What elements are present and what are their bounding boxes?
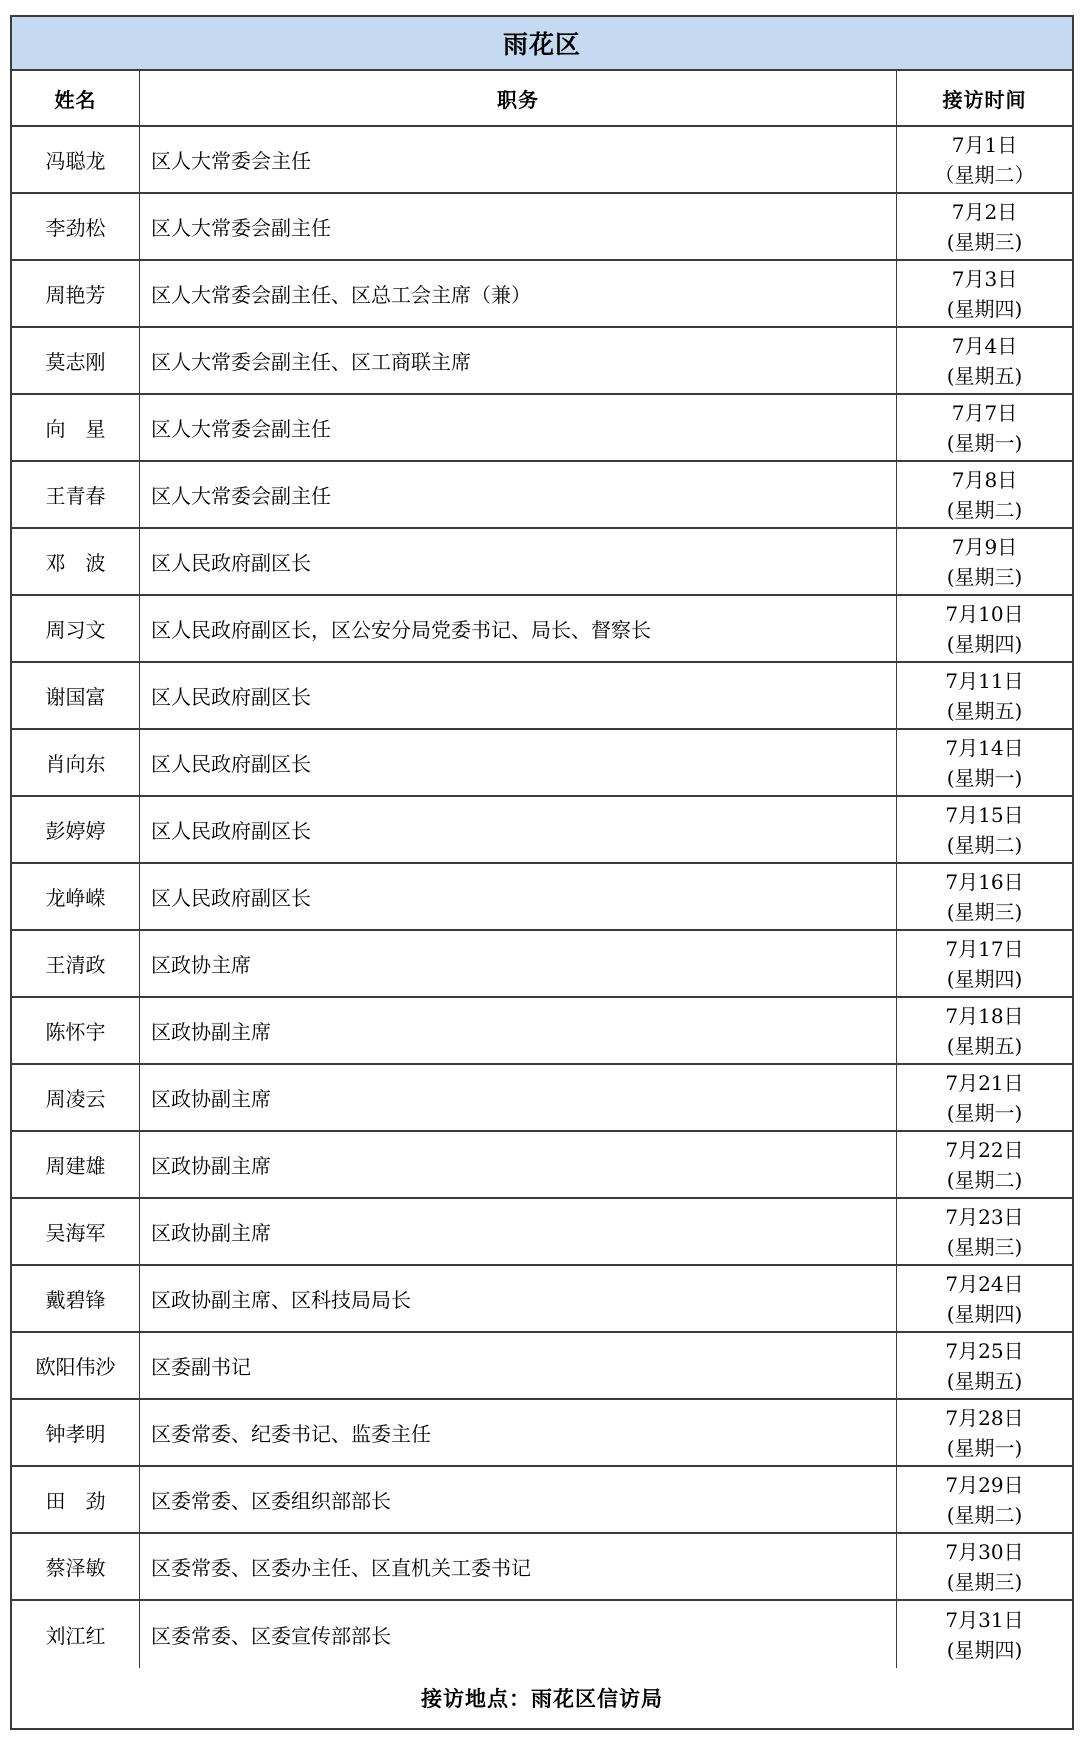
table-row: 谢国富 区人民政府副区长 7月11日 (星期五) bbox=[12, 663, 1072, 730]
official-position: 区委常委、纪委书记、监委主任 bbox=[140, 1400, 897, 1465]
table-row: 周艳芳 区人大常委会副主任、区总工会主席（兼） 7月3日 (星期四) bbox=[12, 261, 1072, 328]
table-row: 欧阳伟沙 区委副书记 7月25日 (星期五) bbox=[12, 1333, 1072, 1400]
district-title: 雨花区 bbox=[503, 25, 581, 61]
reception-date-weekday: (星期四) bbox=[947, 1299, 1023, 1329]
reception-date-weekday: (星期五) bbox=[947, 696, 1023, 726]
reception-date-day: 7月18日 bbox=[945, 1001, 1023, 1031]
table-row: 周习文 区人民政府副区长，区公安分局党委书记、局长、督察长 7月10日 (星期四… bbox=[12, 596, 1072, 663]
table-row: 刘江红 区委常委、区委宣传部部长 7月31日 (星期四) bbox=[12, 1601, 1072, 1668]
reception-date-day: 7月14日 bbox=[945, 733, 1023, 763]
table-row: 陈怀宇 区政协副主席 7月18日 (星期五) bbox=[12, 998, 1072, 1065]
reception-date-day: 7月25日 bbox=[945, 1336, 1023, 1366]
official-position: 区政协副主席 bbox=[140, 998, 897, 1063]
reception-date: 7月4日 (星期五) bbox=[897, 328, 1072, 393]
reception-date: 7月14日 (星期一) bbox=[897, 730, 1072, 795]
reception-date-weekday: (星期二) bbox=[947, 495, 1023, 525]
official-position: 区人民政府副区长 bbox=[140, 663, 897, 728]
reception-date-weekday: (星期三) bbox=[947, 1567, 1023, 1597]
official-name: 陈怀宇 bbox=[12, 998, 140, 1063]
table-row: 周凌云 区政协副主席 7月21日 (星期一) bbox=[12, 1065, 1072, 1132]
official-position: 区人大常委会主任 bbox=[140, 127, 897, 192]
reception-date-day: 7月9日 bbox=[952, 532, 1017, 562]
table-row: 田 劲 区委常委、区委组织部部长 7月29日 (星期二) bbox=[12, 1467, 1072, 1534]
official-position: 区人民政府副区长 bbox=[140, 864, 897, 929]
reception-schedule-table: 雨花区 姓名 职务 接访时间 冯聪龙 区人大常委会主任 7月1日 （星期二） 李… bbox=[10, 15, 1074, 1730]
reception-date: 7月1日 （星期二） bbox=[897, 127, 1072, 192]
official-position: 区人民政府副区长 bbox=[140, 797, 897, 862]
official-position: 区委副书记 bbox=[140, 1333, 897, 1398]
reception-date: 7月22日 (星期二) bbox=[897, 1132, 1072, 1197]
reception-date-weekday: (星期二) bbox=[947, 830, 1023, 860]
reception-date: 7月24日 (星期四) bbox=[897, 1266, 1072, 1331]
reception-date: 7月29日 (星期二) bbox=[897, 1467, 1072, 1532]
official-position: 区人大常委会副主任 bbox=[140, 395, 897, 460]
table-row: 莫志刚 区人大常委会副主任、区工商联主席 7月4日 (星期五) bbox=[12, 328, 1072, 395]
reception-date-weekday: (星期四) bbox=[947, 1635, 1023, 1665]
official-name: 周习文 bbox=[12, 596, 140, 661]
table-row: 周建雄 区政协副主席 7月22日 (星期二) bbox=[12, 1132, 1072, 1199]
reception-date-day: 7月16日 bbox=[945, 867, 1023, 897]
official-name: 邓 波 bbox=[12, 529, 140, 594]
official-position: 区政协副主席 bbox=[140, 1065, 897, 1130]
reception-date: 7月10日 (星期四) bbox=[897, 596, 1072, 661]
reception-date-day: 7月31日 bbox=[945, 1605, 1023, 1635]
reception-date: 7月16日 (星期三) bbox=[897, 864, 1072, 929]
reception-date-day: 7月22日 bbox=[945, 1135, 1023, 1165]
official-name: 肖向东 bbox=[12, 730, 140, 795]
table-row: 龙峥嵘 区人民政府副区长 7月16日 (星期三) bbox=[12, 864, 1072, 931]
reception-date-weekday: (星期三) bbox=[947, 227, 1023, 257]
official-position: 区人大常委会副主任、区工商联主席 bbox=[140, 328, 897, 393]
official-position: 区人大常委会副主任 bbox=[140, 194, 897, 259]
official-position: 区人大常委会副主任 bbox=[140, 462, 897, 527]
official-position: 区政协副主席、区科技局局长 bbox=[140, 1266, 897, 1331]
official-position: 区政协主席 bbox=[140, 931, 897, 996]
official-name: 戴碧锋 bbox=[12, 1266, 140, 1331]
reception-date-day: 7月2日 bbox=[952, 197, 1017, 227]
reception-location: 接访地点：雨花区信访局 bbox=[421, 1683, 663, 1713]
reception-date: 7月9日 (星期三) bbox=[897, 529, 1072, 594]
reception-date-day: 7月29日 bbox=[945, 1470, 1023, 1500]
reception-date-day: 7月1日 bbox=[952, 130, 1017, 160]
reception-date-weekday: (星期一) bbox=[947, 1433, 1023, 1463]
reception-date-weekday: (星期一) bbox=[947, 1098, 1023, 1128]
reception-date-weekday: (星期三) bbox=[947, 897, 1023, 927]
reception-date-day: 7月7日 bbox=[952, 398, 1017, 428]
table-row: 彭婷婷 区人民政府副区长 7月15日 (星期二) bbox=[12, 797, 1072, 864]
official-name: 李劲松 bbox=[12, 194, 140, 259]
official-name: 向 星 bbox=[12, 395, 140, 460]
official-name: 周艳芳 bbox=[12, 261, 140, 326]
official-position: 区政协副主席 bbox=[140, 1132, 897, 1197]
official-position: 区人民政府副区长 bbox=[140, 730, 897, 795]
table-row: 李劲松 区人大常委会副主任 7月2日 (星期三) bbox=[12, 194, 1072, 261]
table-row: 戴碧锋 区政协副主席、区科技局局长 7月24日 (星期四) bbox=[12, 1266, 1072, 1333]
reception-date-weekday: (星期五) bbox=[947, 1366, 1023, 1396]
reception-date: 7月25日 (星期五) bbox=[897, 1333, 1072, 1398]
reception-date: 7月18日 (星期五) bbox=[897, 998, 1072, 1063]
official-name: 钟孝明 bbox=[12, 1400, 140, 1465]
reception-date-weekday: (星期二) bbox=[947, 1165, 1023, 1195]
official-position: 区人民政府副区长 bbox=[140, 529, 897, 594]
official-name: 龙峥嵘 bbox=[12, 864, 140, 929]
official-position: 区委常委、区委办主任、区直机关工委书记 bbox=[140, 1534, 897, 1599]
reception-date-day: 7月11日 bbox=[945, 666, 1023, 696]
column-header-time: 接访时间 bbox=[897, 71, 1072, 125]
table-row: 王青春 区人大常委会副主任 7月8日 (星期二) bbox=[12, 462, 1072, 529]
official-position: 区委常委、区委组织部部长 bbox=[140, 1467, 897, 1532]
table-header-row: 姓名 职务 接访时间 bbox=[12, 71, 1072, 127]
official-name: 王青春 bbox=[12, 462, 140, 527]
reception-date: 7月17日 (星期四) bbox=[897, 931, 1072, 996]
reception-date: 7月7日 (星期一) bbox=[897, 395, 1072, 460]
reception-date-weekday: (星期五) bbox=[947, 361, 1023, 391]
reception-date-weekday: (星期三) bbox=[947, 1232, 1023, 1262]
official-name: 蔡泽敏 bbox=[12, 1534, 140, 1599]
official-name: 谢国富 bbox=[12, 663, 140, 728]
reception-date-weekday: (星期一) bbox=[947, 428, 1023, 458]
reception-date: 7月11日 (星期五) bbox=[897, 663, 1072, 728]
official-name: 彭婷婷 bbox=[12, 797, 140, 862]
reception-date-day: 7月8日 bbox=[952, 465, 1017, 495]
reception-date: 7月28日 (星期一) bbox=[897, 1400, 1072, 1465]
reception-date: 7月23日 (星期三) bbox=[897, 1199, 1072, 1264]
reception-date-day: 7月10日 bbox=[945, 599, 1023, 629]
table-title: 雨花区 bbox=[12, 17, 1072, 71]
reception-date: 7月21日 (星期一) bbox=[897, 1065, 1072, 1130]
reception-date-weekday: (星期五) bbox=[947, 1031, 1023, 1061]
reception-date-day: 7月23日 bbox=[945, 1202, 1023, 1232]
reception-date-day: 7月17日 bbox=[945, 934, 1023, 964]
official-position: 区政协副主席 bbox=[140, 1199, 897, 1264]
reception-date-day: 7月28日 bbox=[945, 1403, 1023, 1433]
reception-date: 7月8日 (星期二) bbox=[897, 462, 1072, 527]
reception-date-weekday: (星期二) bbox=[947, 1500, 1023, 1530]
official-name: 周凌云 bbox=[12, 1065, 140, 1130]
official-position: 区委常委、区委宣传部部长 bbox=[140, 1601, 897, 1668]
reception-date: 7月3日 (星期四) bbox=[897, 261, 1072, 326]
table-row: 蔡泽敏 区委常委、区委办主任、区直机关工委书记 7月30日 (星期三) bbox=[12, 1534, 1072, 1601]
reception-date-day: 7月3日 bbox=[952, 264, 1017, 294]
table-row: 吴海军 区政协副主席 7月23日 (星期三) bbox=[12, 1199, 1072, 1266]
table-row: 冯聪龙 区人大常委会主任 7月1日 （星期二） bbox=[12, 127, 1072, 194]
reception-date-day: 7月21日 bbox=[945, 1068, 1023, 1098]
table-row: 向 星 区人大常委会副主任 7月7日 (星期一) bbox=[12, 395, 1072, 462]
official-name: 欧阳伟沙 bbox=[12, 1333, 140, 1398]
reception-date-day: 7月24日 bbox=[945, 1269, 1023, 1299]
reception-date-weekday: (星期三) bbox=[947, 562, 1023, 592]
table-row: 王清政 区政协主席 7月17日 (星期四) bbox=[12, 931, 1072, 998]
official-position: 区人民政府副区长，区公安分局党委书记、局长、督察长 bbox=[140, 596, 897, 661]
table-row: 肖向东 区人民政府副区长 7月14日 (星期一) bbox=[12, 730, 1072, 797]
official-position: 区人大常委会副主任、区总工会主席（兼） bbox=[140, 261, 897, 326]
official-name: 莫志刚 bbox=[12, 328, 140, 393]
reception-date-day: 7月4日 bbox=[952, 331, 1017, 361]
reception-date: 7月15日 (星期二) bbox=[897, 797, 1072, 862]
reception-date-weekday: (星期四) bbox=[947, 294, 1023, 324]
official-name: 吴海军 bbox=[12, 1199, 140, 1264]
table-body: 冯聪龙 区人大常委会主任 7月1日 （星期二） 李劲松 区人大常委会副主任 7月… bbox=[12, 127, 1072, 1668]
official-name: 王清政 bbox=[12, 931, 140, 996]
reception-date-day: 7月30日 bbox=[945, 1537, 1023, 1567]
reception-date-weekday: (星期四) bbox=[947, 964, 1023, 994]
official-name: 周建雄 bbox=[12, 1132, 140, 1197]
reception-date: 7月30日 (星期三) bbox=[897, 1534, 1072, 1599]
reception-date-day: 7月15日 bbox=[945, 800, 1023, 830]
official-name: 田 劲 bbox=[12, 1467, 140, 1532]
reception-date-weekday: （星期二） bbox=[935, 160, 1035, 190]
column-header-name: 姓名 bbox=[12, 71, 140, 125]
table-footer: 接访地点：雨花区信访局 bbox=[12, 1668, 1072, 1728]
table-row: 钟孝明 区委常委、纪委书记、监委主任 7月28日 (星期一) bbox=[12, 1400, 1072, 1467]
official-name: 冯聪龙 bbox=[12, 127, 140, 192]
reception-date: 7月31日 (星期四) bbox=[897, 1601, 1072, 1668]
reception-date: 7月2日 (星期三) bbox=[897, 194, 1072, 259]
reception-date-weekday: (星期四) bbox=[947, 629, 1023, 659]
column-header-position: 职务 bbox=[140, 71, 897, 125]
official-name: 刘江红 bbox=[12, 1601, 140, 1668]
reception-date-weekday: (星期一) bbox=[947, 763, 1023, 793]
table-row: 邓 波 区人民政府副区长 7月9日 (星期三) bbox=[12, 529, 1072, 596]
